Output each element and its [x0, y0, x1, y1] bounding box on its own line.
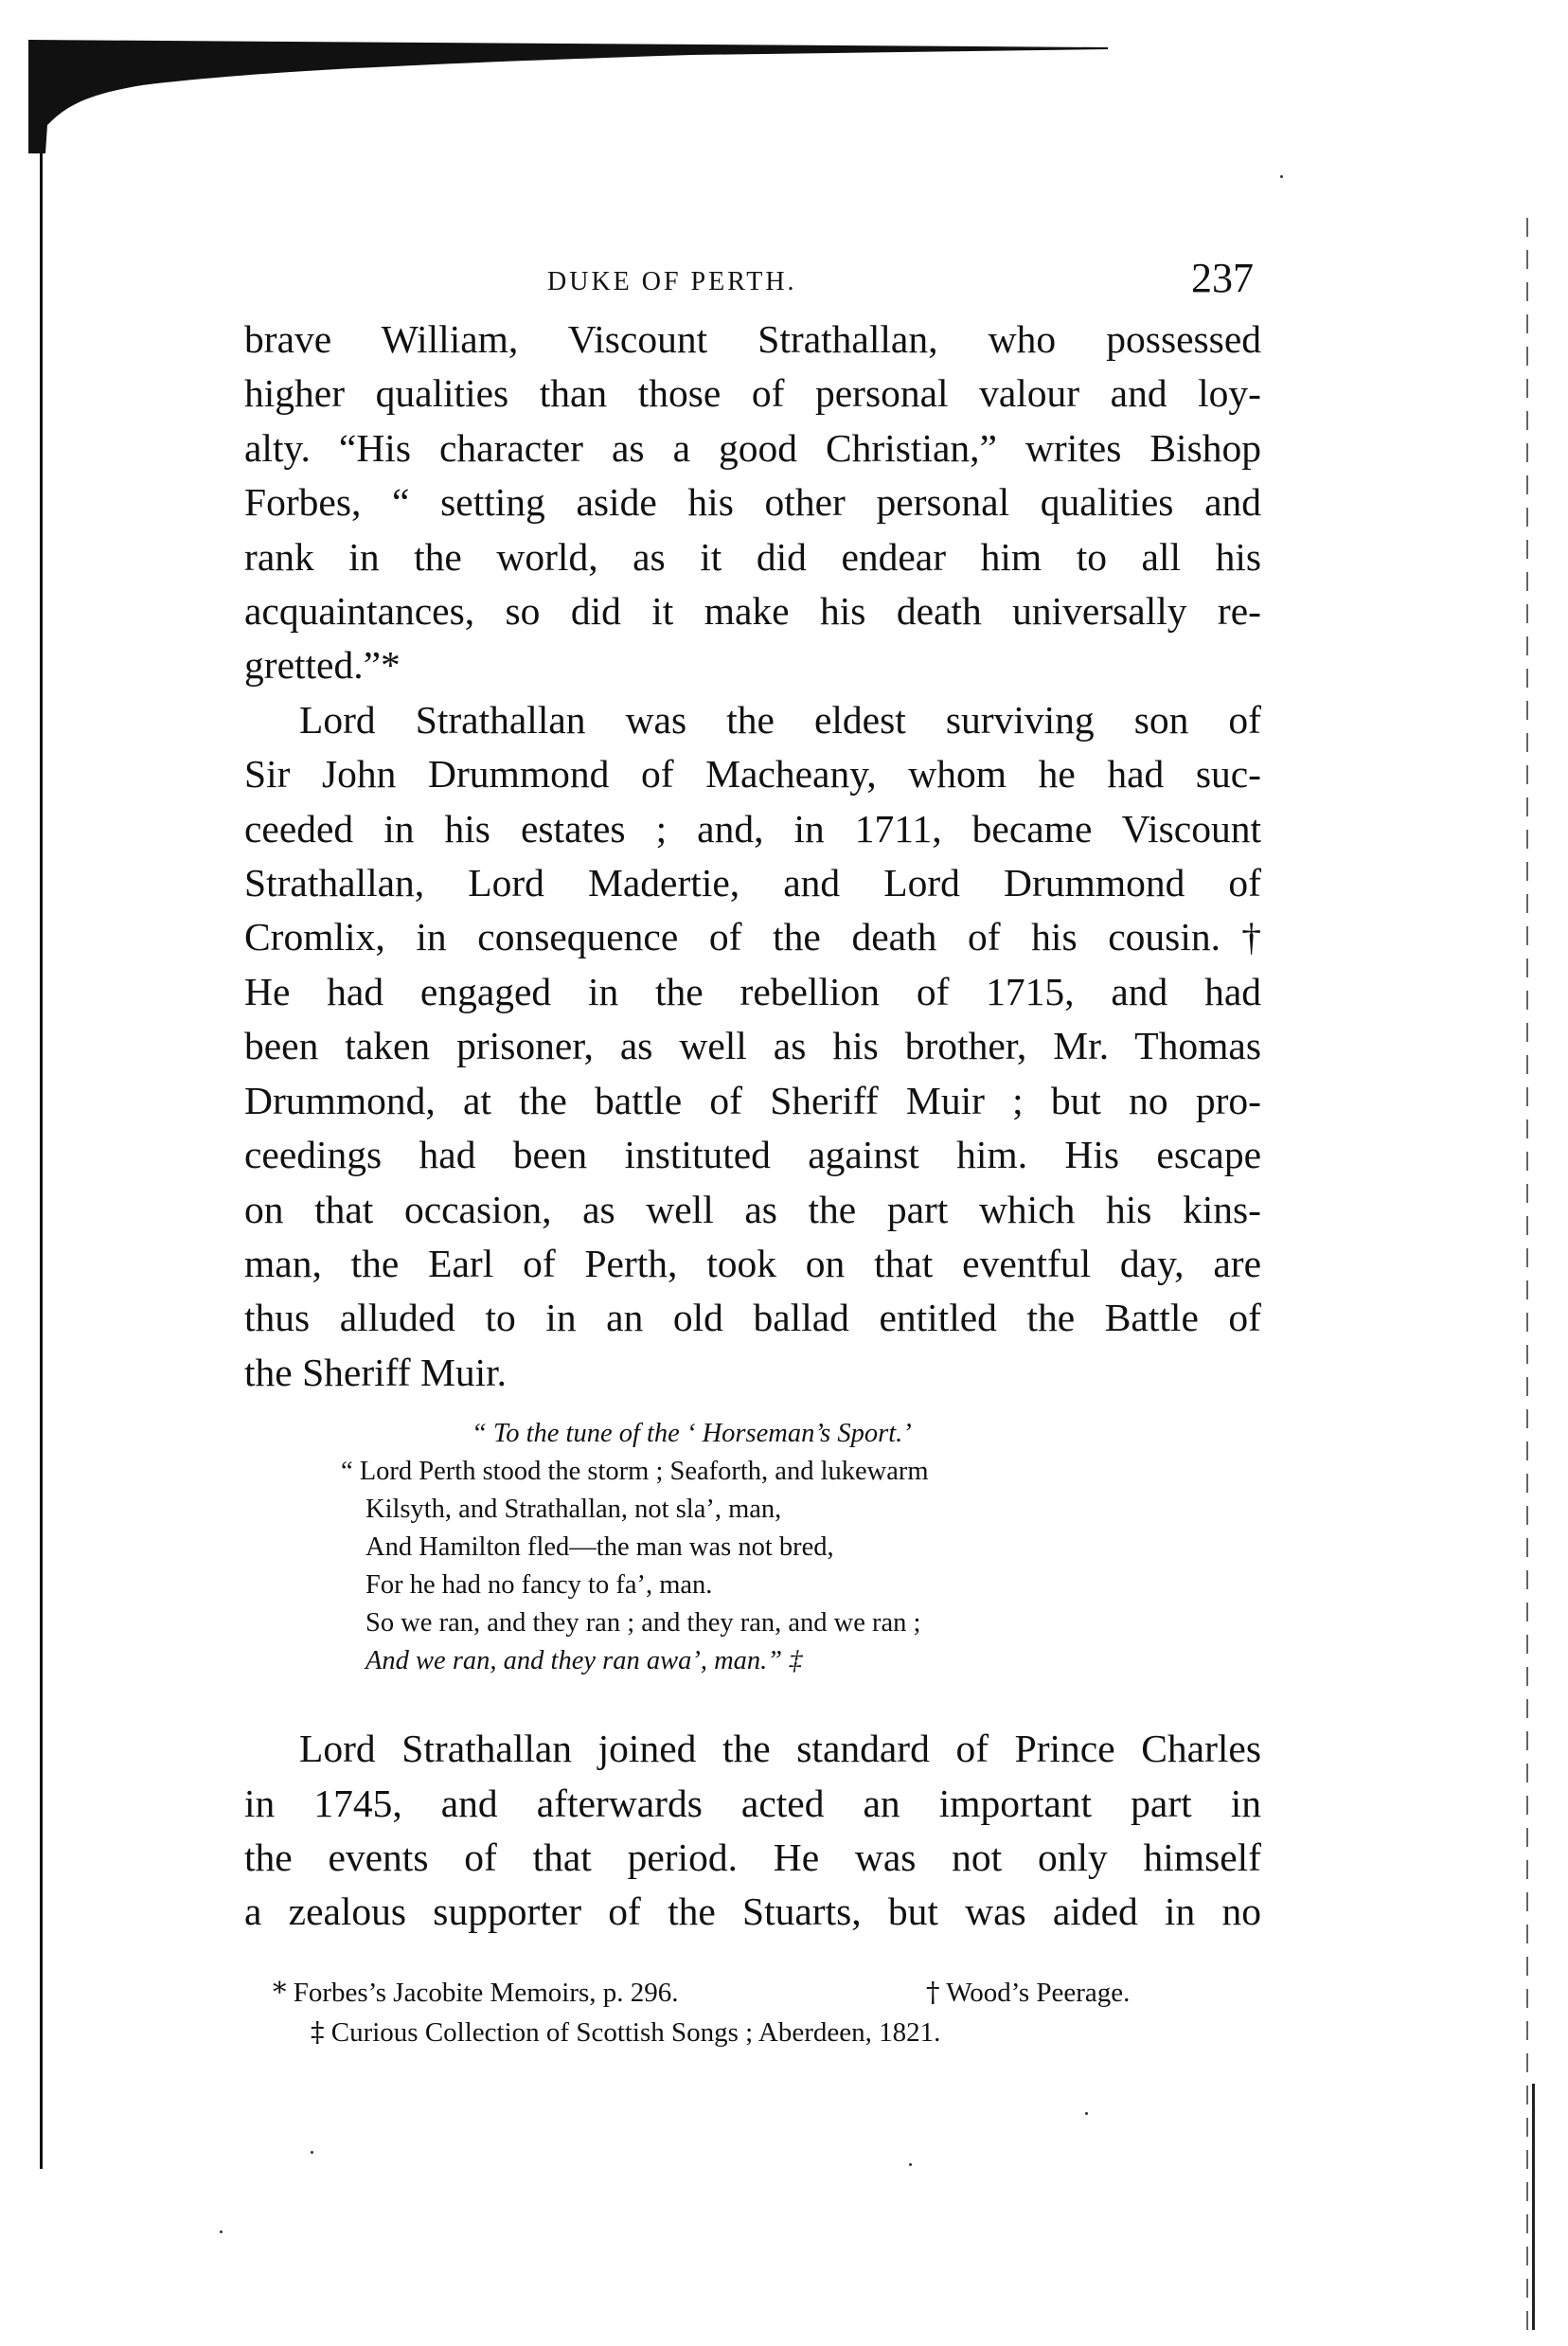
ballad-title: “ To the tune of the ‘ Horseman’s Sport.… — [244, 1415, 1261, 1453]
text-line: Cromlix, in consequence of the death of … — [244, 910, 1261, 964]
scan-right-edge — [1526, 218, 1528, 2330]
text-line: Lord Strathallan was the eldest survivin… — [244, 693, 1261, 747]
footnote-2: † Wood’s Peerage. — [926, 1972, 1130, 2013]
verse-line: And we ran, and they ran awa’, man.” ‡ — [244, 1642, 1261, 1680]
text-line: alty. “His character as a good Christian… — [244, 421, 1261, 475]
running-head: DUKE OF PERTH. 237 — [244, 254, 1261, 313]
verse-line: And Hamilton fled—the man was not bred, — [244, 1529, 1261, 1567]
verse-line: For he had no fancy to fa’, man. — [244, 1567, 1261, 1604]
text-line: in 1745, and afterwards acted an importa… — [244, 1777, 1261, 1831]
running-title: DUKE OF PERTH. — [547, 267, 797, 297]
text-line: brave William, Viscount Strathallan, who… — [244, 313, 1261, 367]
verse-line: “ Lord Perth stood the storm ; Seaforth,… — [244, 1453, 1261, 1491]
verse-line: Kilsyth, and Strathallan, not sla’, man, — [244, 1491, 1261, 1529]
text-line: Forbes, “ setting aside his other person… — [244, 475, 1261, 529]
asterisk-mark: * — [273, 1976, 287, 2008]
dagger-mark: † — [926, 1976, 940, 2008]
scan-speck — [1085, 2112, 1088, 2115]
text-line: higher qualities than those of personal … — [244, 367, 1261, 421]
text-line: on that occasion, as well as the part wh… — [244, 1183, 1261, 1237]
scan-left-edge — [40, 85, 43, 2169]
footnote-1: * Forbes’s Jacobite Memoirs, p. 296. — [273, 1972, 679, 2013]
text-line: Sir John Drummond of Macheany, whom he h… — [244, 747, 1261, 801]
text-line: Drummond, at the battle of Sheriff Muir … — [244, 1074, 1261, 1128]
verse-line: So we ran, and they ran ; and they ran, … — [244, 1604, 1261, 1642]
text-line: a zealous supporter of the Stuarts, but … — [244, 1885, 1261, 1939]
text-line: man, the Earl of Perth, took on that eve… — [244, 1237, 1261, 1291]
paragraph-2: Lord Strathallan was the eldest survivin… — [244, 693, 1261, 1400]
text-line: been taken prisoner, as well as his brot… — [244, 1019, 1261, 1073]
text-line: ceeded in his estates ; and, in 1711, be… — [244, 802, 1261, 856]
footnotes: * Forbes’s Jacobite Memoirs, p. 296. † W… — [244, 1972, 1261, 2051]
text-line: Strathallan, Lord Madertie, and Lord Dru… — [244, 856, 1261, 910]
scan-shadow-corner — [28, 40, 1108, 153]
scan-right-edge-bottom — [1532, 2084, 1535, 2330]
page-number: 237 — [1191, 254, 1254, 302]
text-line: ceedings had been instituted against him… — [244, 1128, 1261, 1182]
text-line: He had engaged in the rebellion of 1715,… — [244, 965, 1261, 1019]
footnote-3: ‡ Curious Collection of Scottish Songs ;… — [311, 2012, 940, 2052]
paragraph-3: Lord Strathallan joined the standard of … — [244, 1722, 1261, 1940]
scan-speck — [1280, 175, 1283, 178]
scan-speck — [220, 2230, 223, 2233]
text-line: Lord Strathallan joined the standard of … — [244, 1722, 1261, 1776]
text-line: thus alluded to in an old ballad entitle… — [244, 1291, 1261, 1345]
text-line: acquaintances, so did it make his death … — [244, 584, 1261, 638]
paragraph-1: brave William, Viscount Strathallan, who… — [244, 313, 1261, 693]
footnote-text: Wood’s Peerage. — [946, 1978, 1130, 2008]
scan-speck — [311, 2151, 313, 2154]
double-dagger-mark: ‡ — [311, 2015, 325, 2048]
text-line: rank in the world, as it did endear him … — [244, 530, 1261, 584]
footnote-text: Forbes’s Jacobite Memoirs, p. 296. — [294, 1978, 679, 2008]
scan-speck — [909, 2163, 912, 2166]
footnote-text: Curious Collection of Scottish Songs ; A… — [331, 2017, 941, 2048]
text-line: gretted.”* — [244, 638, 1261, 692]
book-page: DUKE OF PERTH. 237 brave William, Viscou… — [244, 254, 1261, 2051]
text-line: the Sheriff Muir. — [244, 1346, 1261, 1400]
ballad-quotation: “ To the tune of the ‘ Horseman’s Sport.… — [244, 1415, 1261, 1680]
text-line: the events of that period. He was not on… — [244, 1831, 1261, 1885]
